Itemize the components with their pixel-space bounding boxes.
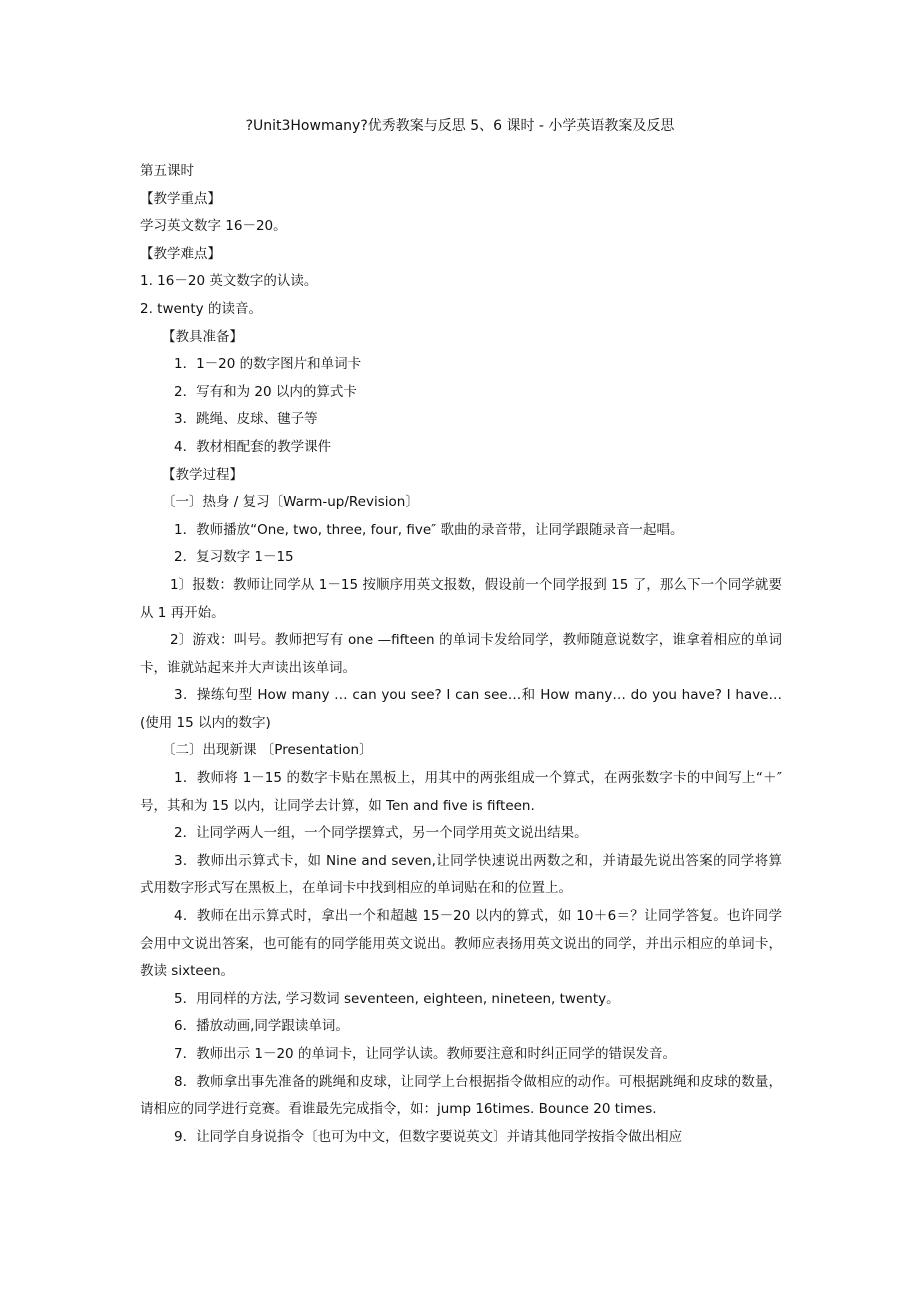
section2-item: 8．教师拿出事先准备的跳绳和皮球，让同学上台根据指令做相应的动作。可根据跳绳和皮… <box>140 1069 782 1124</box>
document-body: 第五课时 【教学重点】 学习英文数字 16－20。 【教学难点】 1. 16－2… <box>140 158 782 1151</box>
key-points-text: 学习英文数字 16－20。 <box>140 213 782 241</box>
document-page: ?Unit3Howmany?优秀教案与反思 5、6 课时 - 小学英语教案及反思… <box>0 0 920 1302</box>
section2-item: 4．教师在出示算式时，拿出一个和超越 15－20 以内的算式，如 10＋6＝？让… <box>140 903 782 986</box>
process-heading: 【教学过程】 <box>140 462 782 490</box>
difficulties-heading: 【教学难点】 <box>140 241 782 269</box>
material-item: 2．写有和为 20 以内的算式卡 <box>140 379 782 407</box>
section2-item: 3．教师出示算式卡，如 Nine and seven,让同学快速说出两数之和，并… <box>140 848 782 903</box>
difficulty-item: 1. 16－20 英文数字的认读。 <box>140 268 782 296</box>
section2-item: 5．用同样的方法, 学习数词 seventeen, eighteen, nine… <box>140 986 782 1014</box>
section1-item: 1．教师播放“One, two, three, four, five″ 歌曲的录… <box>140 517 782 545</box>
document-title: ?Unit3Howmany?优秀教案与反思 5、6 课时 - 小学英语教案及反思 <box>0 116 920 136</box>
material-item: 1．1－20 的数字图片和单词卡 <box>140 351 782 379</box>
section2-item: 1．教师将 1－15 的数字卡贴在黑板上，用其中的两张组成一个算式，在两张数字卡… <box>140 765 782 820</box>
section2-item: 9．让同学自身说指令〔也可为中文，但数字要说英文〕并请其他同学按指令做出相应 <box>140 1124 782 1152</box>
lesson-label: 第五课时 <box>140 158 782 186</box>
section2-item: 7．教师出示 1－20 的单词卡，让同学认读。教师要注意和时纠正同学的错误发音。 <box>140 1041 782 1069</box>
material-item: 4．教材相配套的教学课件 <box>140 434 782 462</box>
section1-item: 2．复习数字 1－15 <box>140 544 782 572</box>
difficulty-item: 2. twenty 的读音。 <box>140 296 782 324</box>
section1-item: 3．操练句型 How many … can you see? I can see… <box>140 682 782 737</box>
section1-heading: 〔一〕热身 / 复习〔Warm-up/Revision〕 <box>140 489 782 517</box>
section1-item: 2〕游戏：叫号。教师把写有 one —fifteen 的单词卡发给同学，教师随意… <box>140 627 782 682</box>
section2-item: 6．播放动画,同学跟读单词。 <box>140 1013 782 1041</box>
section2-heading: 〔二〕出现新课 〔Presentation〕 <box>140 737 782 765</box>
materials-heading: 【教具准备】 <box>140 324 782 352</box>
section2-item: 2．让同学两人一组，一个同学摆算式，另一个同学用英文说出结果。 <box>140 820 782 848</box>
section1-item: 1〕报数：教师让同学从 1－15 按顺序用英文报数，假设前一个同学报到 15 了… <box>140 572 782 627</box>
key-points-heading: 【教学重点】 <box>140 186 782 214</box>
material-item: 3．跳绳、皮球、毽子等 <box>140 406 782 434</box>
